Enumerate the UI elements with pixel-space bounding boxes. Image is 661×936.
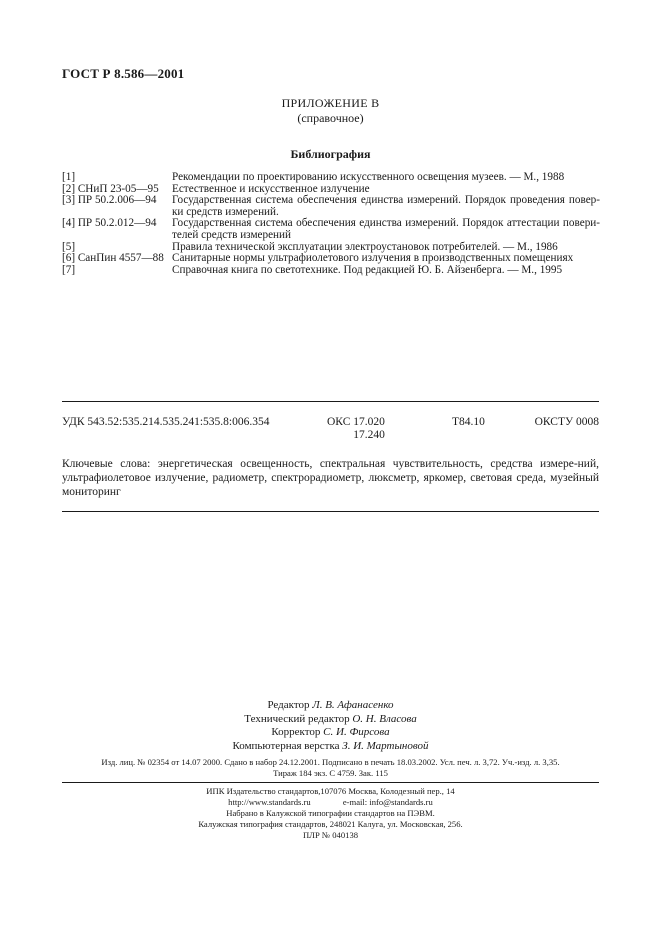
- publisher-email-link[interactable]: e-mail: info@standards.ru: [343, 797, 433, 807]
- credit-name: З. И. Мартыновой: [342, 740, 428, 752]
- oks-code: ОКС 17.020 17.240: [327, 416, 385, 442]
- imprint-line-2: Тираж 184 экз. С 4759. Зак. 115: [62, 768, 599, 779]
- publisher-line-4: Калужская типография стандартов, 248021 …: [62, 819, 599, 830]
- imprint: Изд. лиц. № 02354 от 14.07 2000. Сдано в…: [62, 757, 599, 779]
- bibliography-item: [6] СанПин 4557—88 Санитарные нормы ульт…: [62, 253, 600, 265]
- bibliography-list: [1] Рекомендации по проектированию искус…: [62, 172, 600, 276]
- credit-name: О. Н. Власова: [352, 713, 416, 725]
- bibliography-text: Рекомендации по проектированию искусстве…: [172, 172, 600, 184]
- publisher-info: ИПК Издательство стандартов,107076 Москв…: [62, 786, 599, 841]
- bibliography-text: Санитарные нормы ультрафиолетового излуч…: [172, 253, 600, 265]
- bibliography-text: Государственная система обеспечения един…: [172, 195, 600, 218]
- bibliography-item: [7] Справочная книга по светотехнике. По…: [62, 265, 600, 277]
- bibliography-item: [4] ПР 50.2.012—94 Государственная систе…: [62, 218, 600, 241]
- udk-code: УДК 543.52:535.214.535.241:535.8:006.354: [62, 416, 269, 428]
- divider: [62, 401, 599, 402]
- credit-name: С. И. Фирсова: [323, 726, 389, 738]
- publisher-contacts: http://www.standards.ru e-mail: info@sta…: [62, 797, 599, 808]
- t-code: Т84.10: [452, 416, 485, 428]
- credit-role: Корректор: [271, 726, 320, 738]
- credit-line: Корректор С. И. Фирсова: [0, 726, 661, 740]
- credit-line: Компьютерная верстка З. И. Мартыновой: [0, 740, 661, 754]
- publisher-line-3: Набрано в Калужской типографии стандарто…: [62, 808, 599, 819]
- bibliography-text: Справочная книга по светотехнике. Под ре…: [172, 265, 600, 277]
- okstu-code: ОКСТУ 0008: [535, 416, 599, 428]
- bibliography-ref: [1]: [62, 172, 172, 184]
- bibliography-item: [1] Рекомендации по проектированию искус…: [62, 172, 600, 184]
- divider: [62, 782, 599, 783]
- oks-line-2: 17.240: [353, 429, 385, 441]
- bibliography-ref: [6] СанПин 4557—88: [62, 253, 172, 265]
- appendix-title: ПРИЛОЖЕНИЕ В: [0, 96, 661, 111]
- publisher-line-1: ИПК Издательство стандартов,107076 Москв…: [62, 786, 599, 797]
- credit-name: Л. В. Афанасенко: [312, 699, 393, 711]
- oks-line-1: ОКС 17.020: [327, 416, 385, 428]
- bibliography-ref: [7]: [62, 265, 172, 277]
- credits: Редактор Л. В. Афанасенко Технический ре…: [0, 699, 661, 753]
- bibliography-ref: [4] ПР 50.2.012—94: [62, 218, 172, 241]
- credit-role: Редактор: [267, 699, 309, 711]
- appendix-subtitle: (справочное): [0, 111, 661, 126]
- credit-line: Редактор Л. В. Афанасенко: [0, 699, 661, 713]
- document-code: ГОСТ Р 8.586—2001: [62, 66, 184, 82]
- bibliography-title: Библиография: [0, 147, 661, 162]
- credit-role: Технический редактор: [244, 713, 349, 725]
- imprint-line-1: Изд. лиц. № 02354 от 14.07 2000. Сдано в…: [62, 757, 599, 768]
- publisher-line-5: ПЛР № 040138: [62, 830, 599, 841]
- credit-line: Технический редактор О. Н. Власова: [0, 713, 661, 727]
- keywords: Ключевые слова: энергетическая освещенно…: [62, 457, 599, 499]
- bibliography-ref: [3] ПР 50.2.006—94: [62, 195, 172, 218]
- divider: [62, 511, 599, 512]
- credit-role: Компьютерная верстка: [232, 740, 339, 752]
- bibliography-item: [3] ПР 50.2.006—94 Государственная систе…: [62, 195, 600, 218]
- bibliography-text: Государственная система обеспечения един…: [172, 218, 600, 241]
- publisher-website-link[interactable]: http://www.standards.ru: [228, 797, 311, 808]
